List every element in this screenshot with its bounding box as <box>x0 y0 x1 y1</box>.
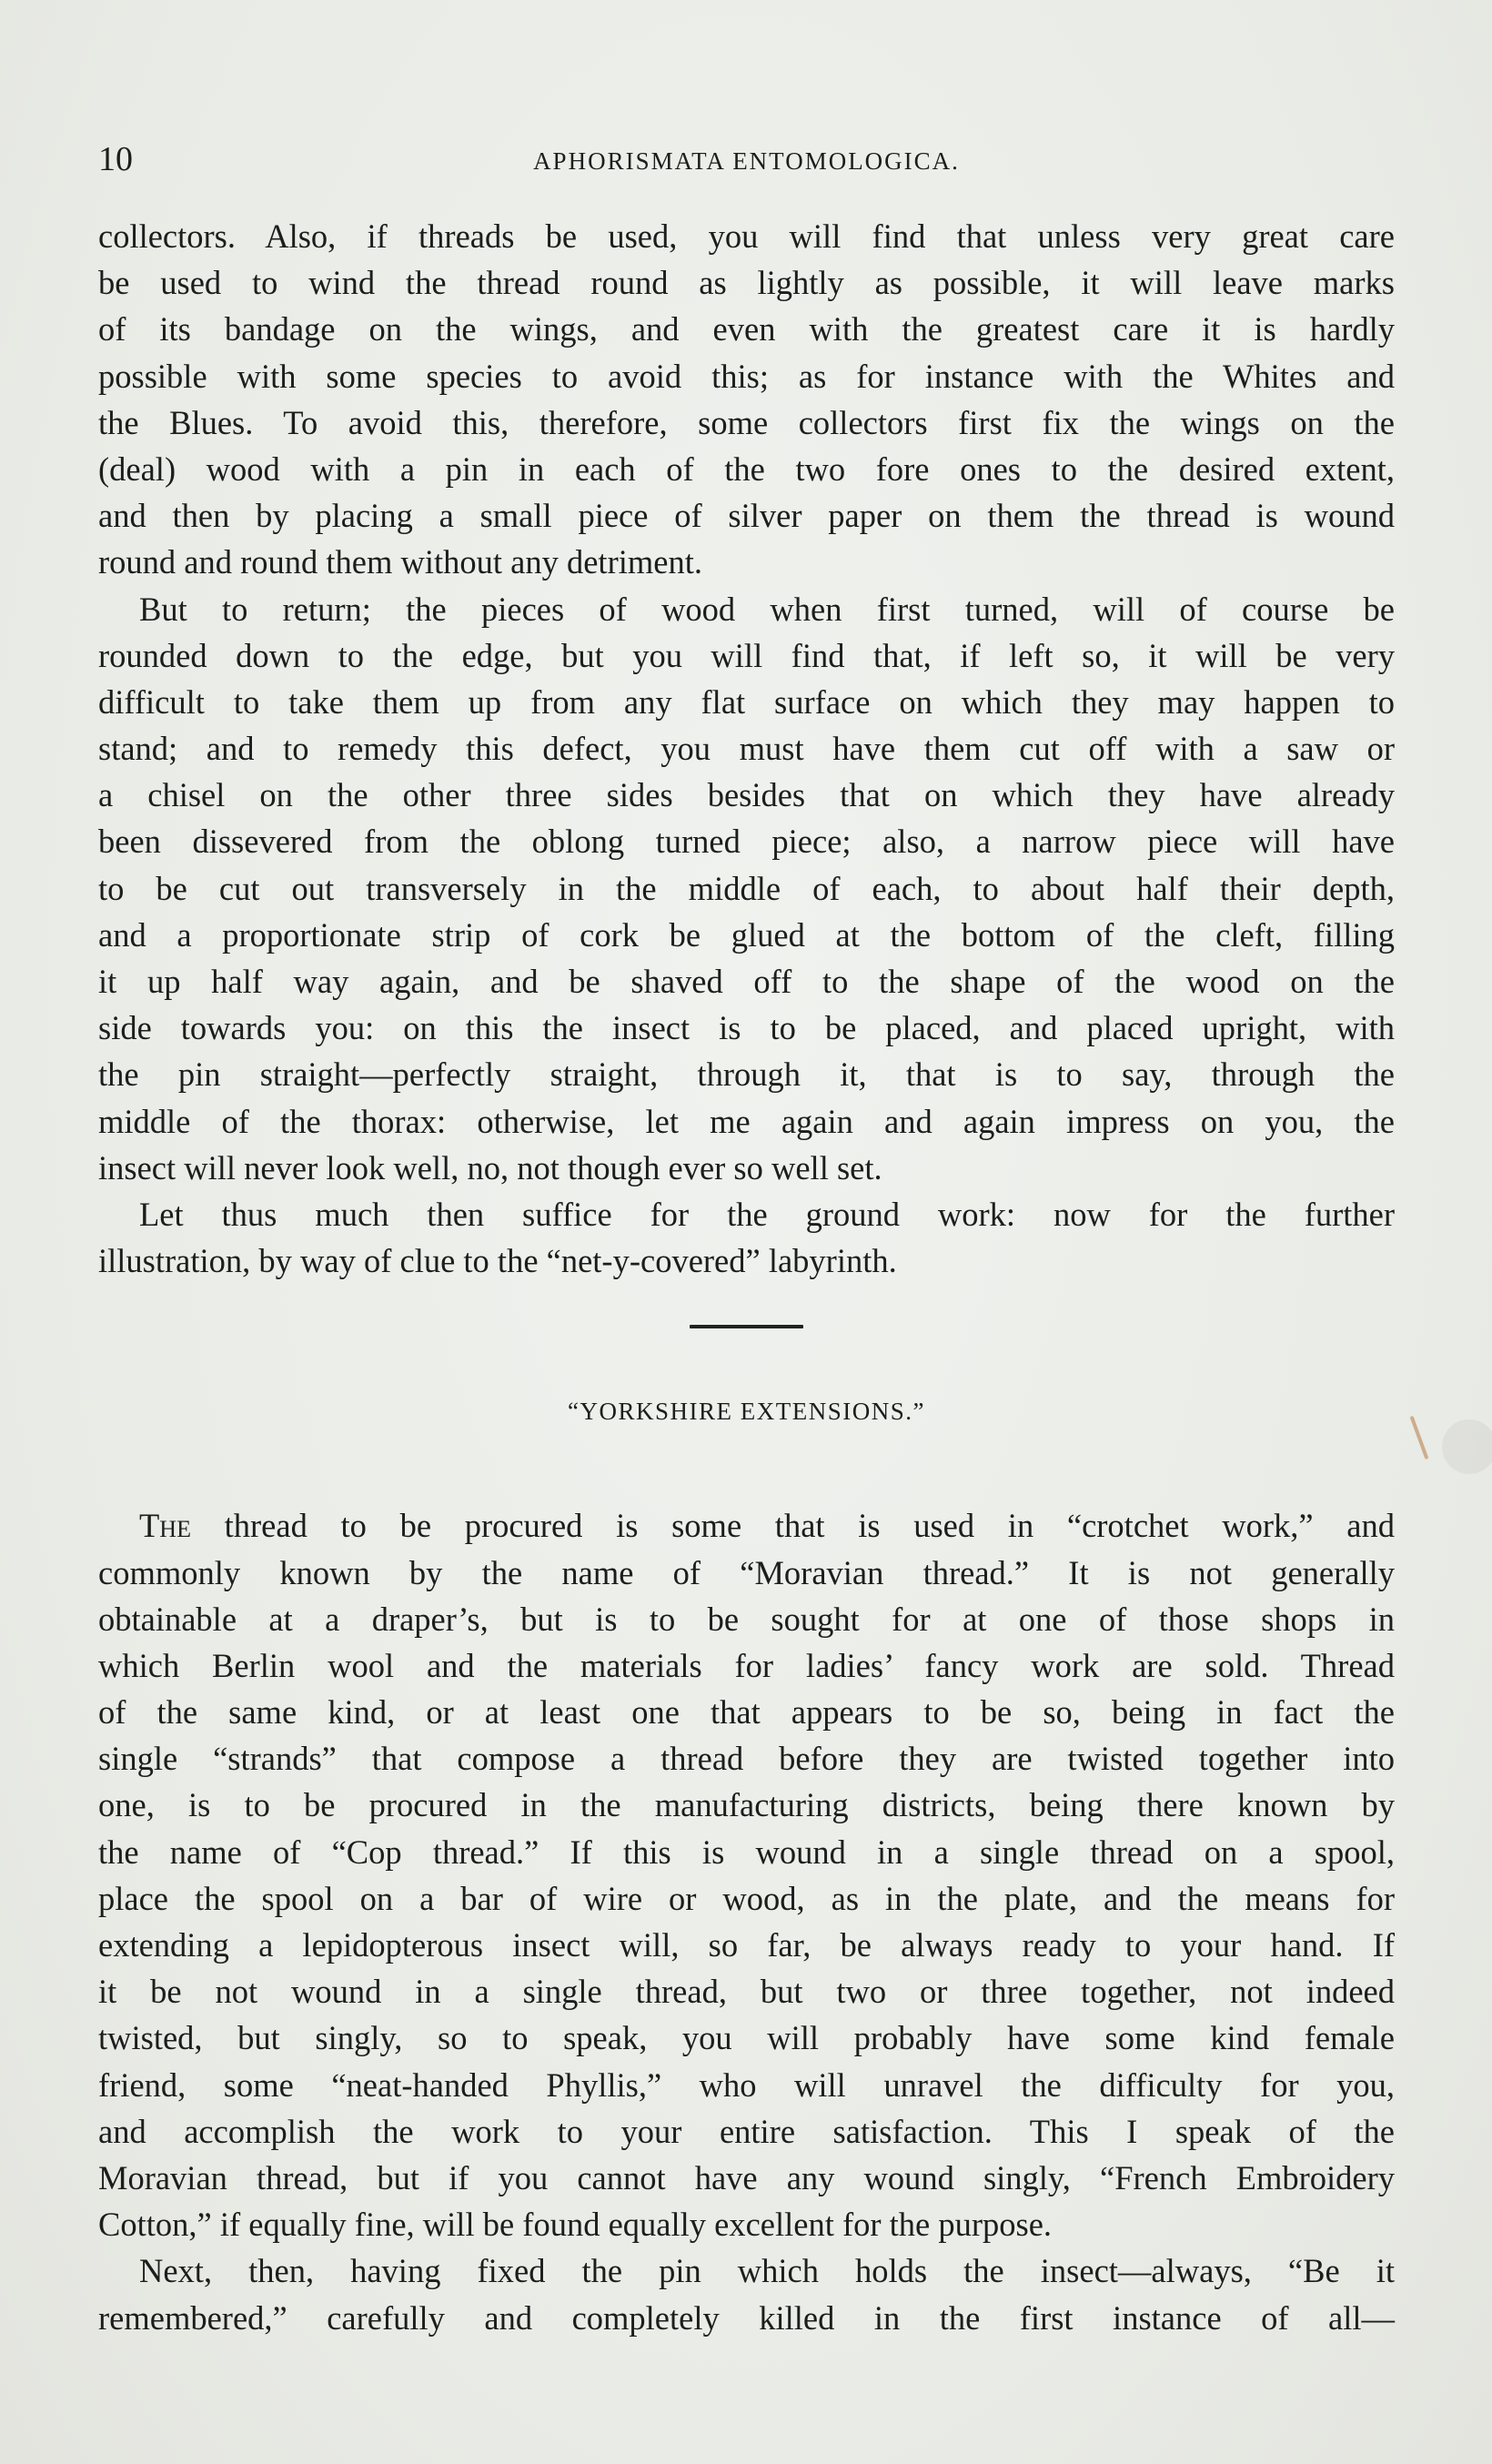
section-divider <box>98 1284 1395 1393</box>
paper-blemish <box>1410 1416 1429 1459</box>
text-line: place the spool on a bar of wire or wood… <box>98 1875 1395 1922</box>
text-line: and a proportionate strip of cork be glu… <box>98 912 1395 958</box>
text-line: friend, some “neat-handed Phyllis,” who … <box>98 2062 1395 2108</box>
text-line: Cotton,” if equally fine, will be found … <box>98 2201 1395 2247</box>
text-line: (deal) wood with a pin in each of the tw… <box>98 446 1395 492</box>
text-line: extending a lepidopterous insect will, s… <box>98 1922 1395 1968</box>
page-header: 10 APHORISMATA ENTOMOLOGICA. <box>98 136 1395 182</box>
text-line: a chisel on the other three sides beside… <box>98 772 1395 818</box>
paragraph: collectors. Also, if threads be used, yo… <box>98 213 1395 586</box>
text-line: insect will never look well, no, not tho… <box>98 1145 1395 1191</box>
text-line: possible with some species to avoid this… <box>98 353 1395 399</box>
running-title: APHORISMATA ENTOMOLOGICA. <box>98 140 1395 182</box>
text-line: the pin straight—perfectly straight, thr… <box>98 1051 1395 1097</box>
text-line: be used to wind the thread round as ligh… <box>98 259 1395 306</box>
paragraph: Let thus much then suffice for the groun… <box>98 1191 1395 1284</box>
text-line: commonly known by the name of “Moravian … <box>98 1550 1395 1596</box>
text-line: to be cut out transversely in the middle… <box>98 865 1395 912</box>
text-line: Let thus much then suffice for the groun… <box>98 1191 1395 1237</box>
paper-smudge <box>1442 1419 1492 1474</box>
text-line-rest: thread to be procured is some that is us… <box>191 1507 1395 1544</box>
text-line: But to return; the pieces of wood when f… <box>98 586 1395 632</box>
text-line: it up half way again, and be shaved off … <box>98 958 1395 1005</box>
paragraph: But to return; the pieces of wood when f… <box>98 586 1395 1191</box>
text-line: obtainable at a draper’s, but is to be s… <box>98 1596 1395 1642</box>
text-line: round and round them without any detrime… <box>98 539 1395 585</box>
text-line: The thread to be procured is some that i… <box>98 1502 1395 1549</box>
text-line: stand; and to remedy this defect, you mu… <box>98 725 1395 772</box>
text-line: difficult to take them up from any flat … <box>98 679 1395 725</box>
text-line: been dissevered from the oblong turned p… <box>98 818 1395 864</box>
text-line: twisted, but singly, so to speak, you wi… <box>98 2015 1395 2061</box>
paragraph: Next, then, having fixed the pin which h… <box>98 2247 1395 2340</box>
text-line: and accomplish the work to your entire s… <box>98 2108 1395 2155</box>
horizontal-rule <box>690 1325 803 1328</box>
text-line: Moravian thread, but if you cannot have … <box>98 2155 1395 2201</box>
text-line: the name of “Cop thread.” If this is wou… <box>98 1829 1395 1875</box>
text-line: and then by placing a small piece of sil… <box>98 492 1395 539</box>
text-line: remembered,” carefully and completely ki… <box>98 2295 1395 2341</box>
text-line: it be not wound in a single thread, but … <box>98 1968 1395 2015</box>
paragraph: The thread to be procured is some that i… <box>98 1502 1395 2247</box>
text-line: of its bandage on the wings, and even wi… <box>98 306 1395 352</box>
body-text: collectors. Also, if threads be used, yo… <box>98 213 1395 2341</box>
text-line: Next, then, having fixed the pin which h… <box>98 2247 1395 2294</box>
text-line: illustration, by way of clue to the “net… <box>98 1237 1395 1284</box>
text-line: the Blues. To avoid this, therefore, som… <box>98 399 1395 446</box>
section-title: “YORKSHIRE EXTENSIONS.” <box>98 1393 1395 1448</box>
text-line: middle of the thorax: otherwise, let me … <box>98 1098 1395 1145</box>
text-line: of the same kind, or at least one that a… <box>98 1689 1395 1735</box>
opening-word: The <box>139 1507 191 1544</box>
text-line: one, is to be procured in the manufactur… <box>98 1782 1395 1828</box>
text-line: side towards you: on this the insect is … <box>98 1005 1395 1051</box>
text-line: collectors. Also, if threads be used, yo… <box>98 213 1395 259</box>
text-line: which Berlin wool and the materials for … <box>98 1642 1395 1689</box>
text-line: single “strands” that compose a thread b… <box>98 1735 1395 1782</box>
text-line: rounded down to the edge, but you will f… <box>98 632 1395 679</box>
